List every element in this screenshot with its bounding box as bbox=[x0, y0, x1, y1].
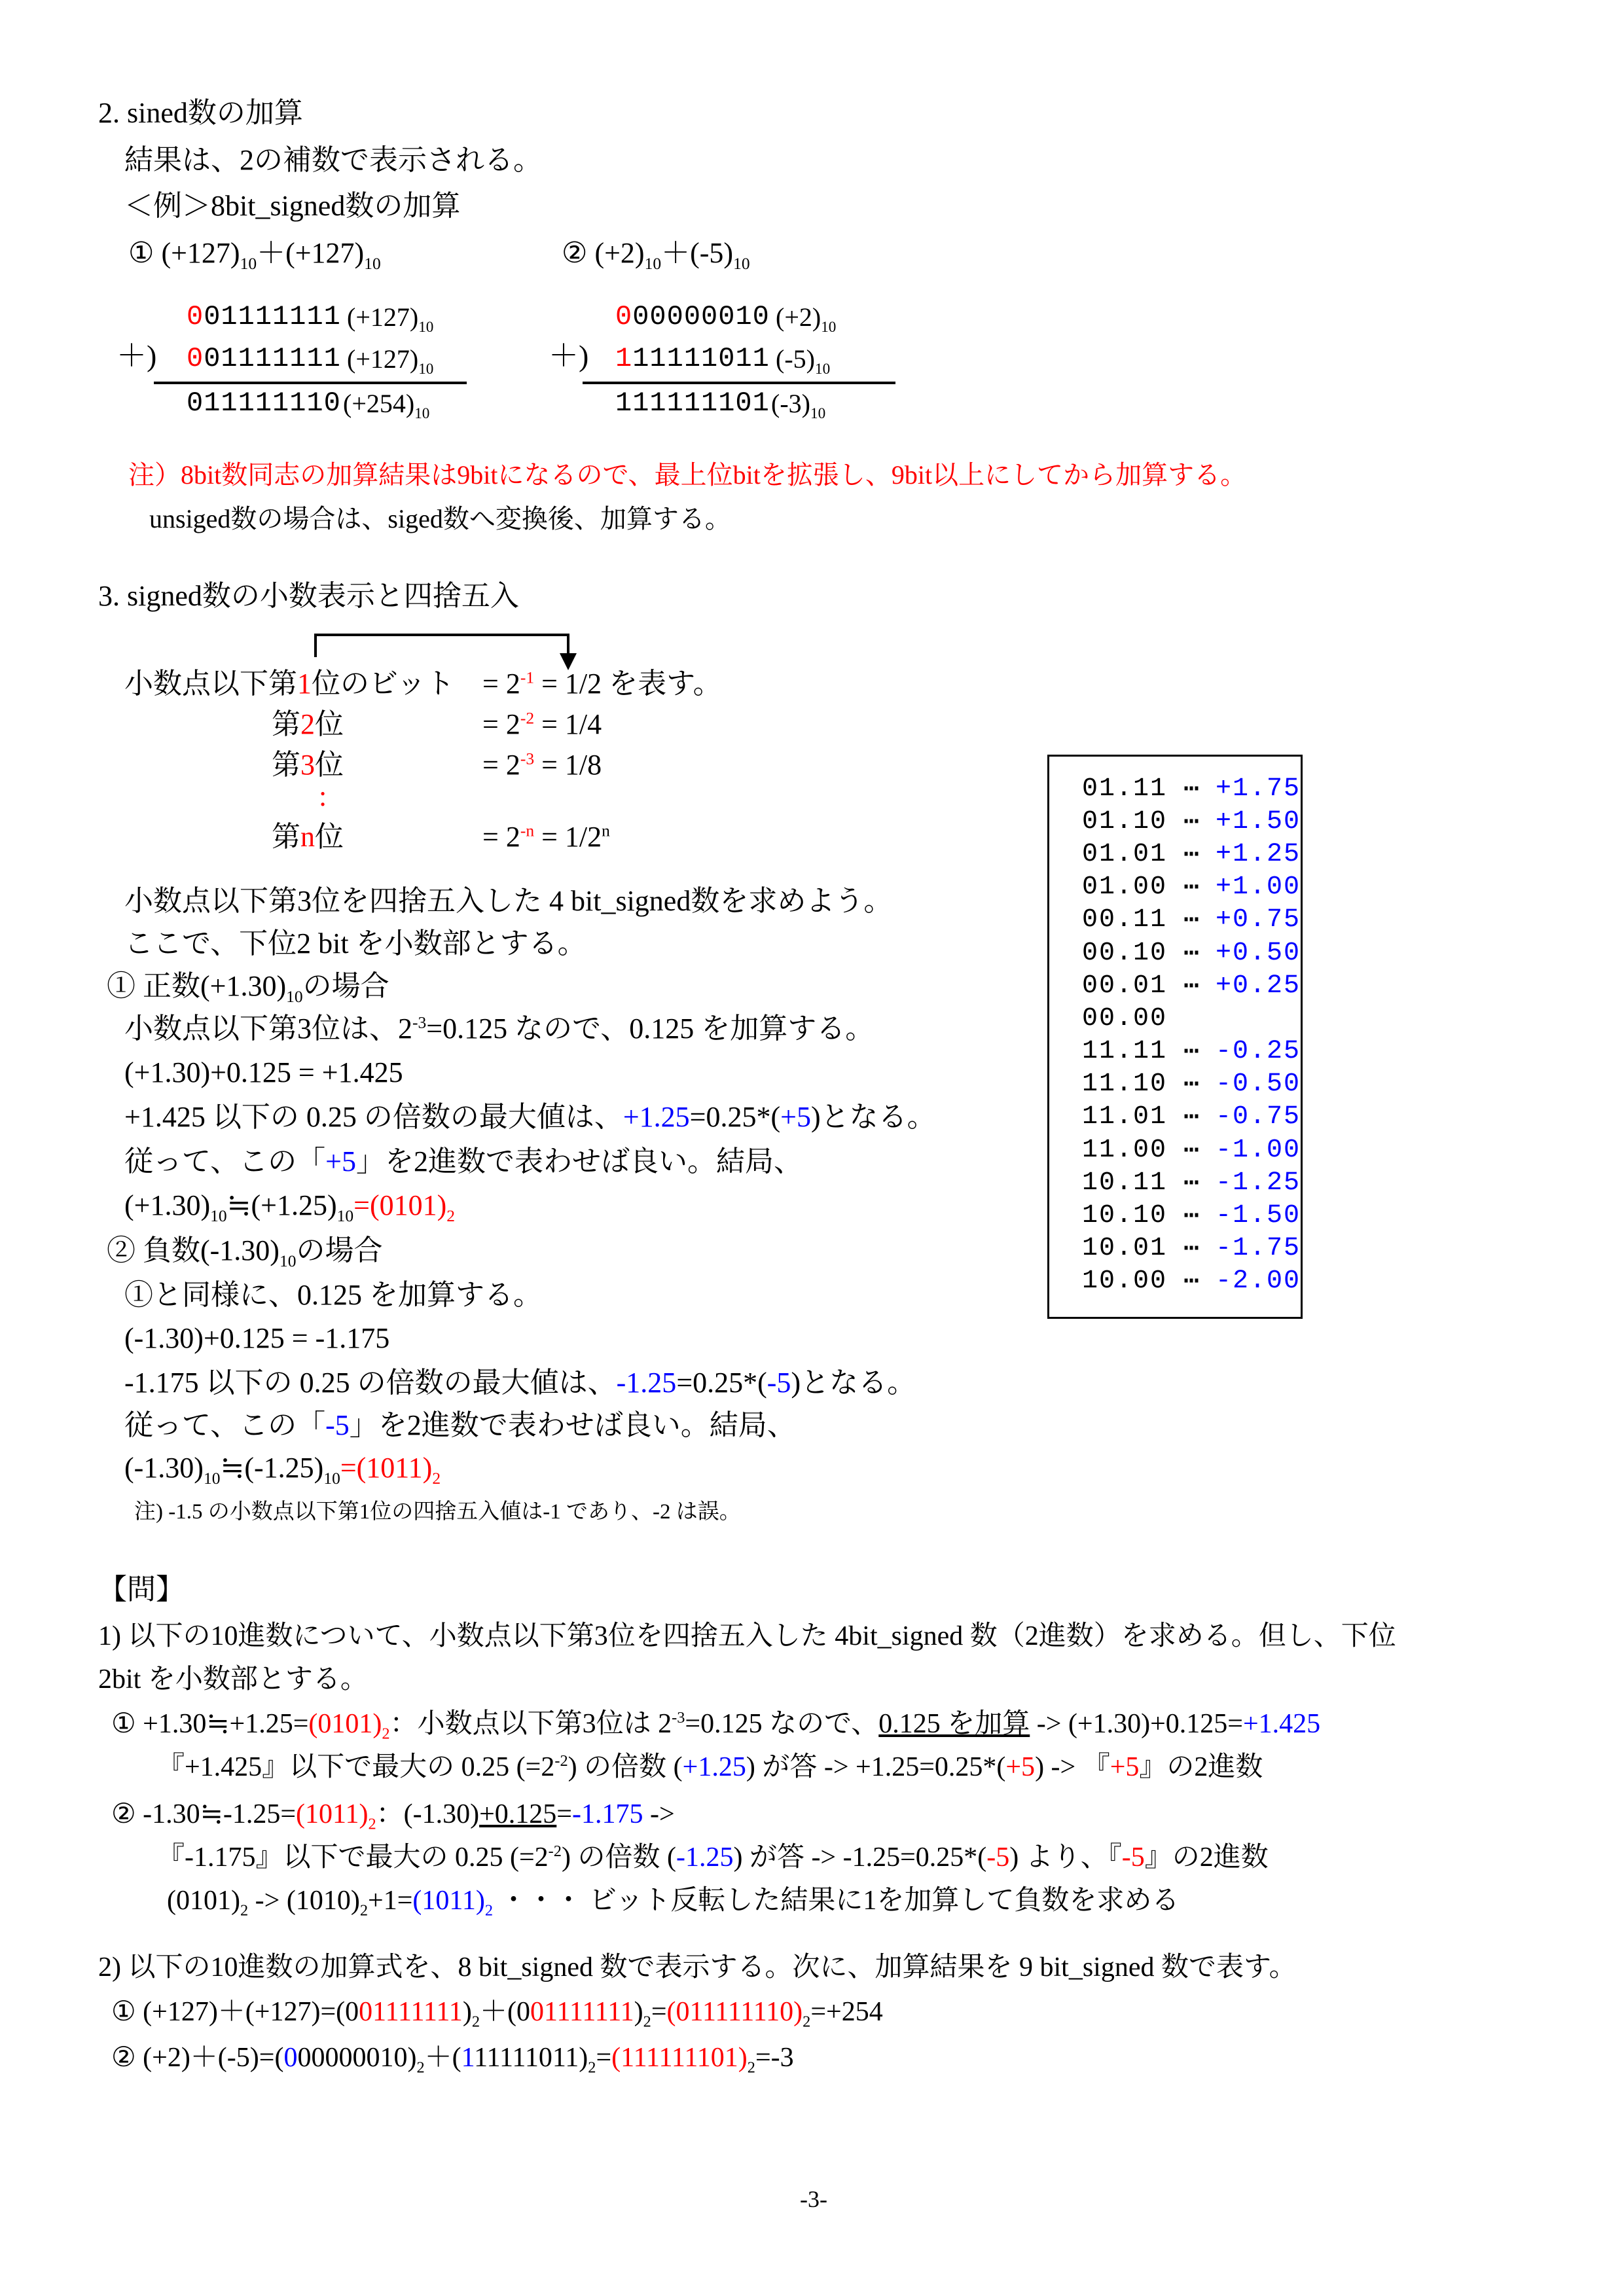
dots-separator: ⋯ bbox=[1167, 1035, 1216, 1067]
dots-separator: ⋯ bbox=[1167, 806, 1216, 838]
pointer-arrow-left-tick bbox=[314, 634, 317, 657]
document-page: 2. sined数の加算 結果は、2の補数で表示される。 ＜例＞8bit_sig… bbox=[0, 0, 1624, 2296]
body-line2: ここで、下位2 bit を小数部とする。 bbox=[124, 927, 586, 961]
binary-cell: 10.10 bbox=[1082, 1201, 1167, 1230]
case1-heading: ① 正数(+1.30)10の場合 bbox=[107, 970, 389, 1003]
rounding-note: 注) -1.5 の小数点以下第1位の四捨五入値は-1 であり、-2 は誤。 bbox=[134, 1500, 741, 1525]
ellipsis-colon: : bbox=[319, 780, 327, 814]
problem1-item1-cont: 『+1.425』以下で最大の 0.25 (=2-2) の倍数 (+1.25) が… bbox=[157, 1751, 1263, 1783]
table-row: 11.01⋯-0.75 bbox=[1082, 1101, 1301, 1134]
example2-expression: ② (+2)10＋(-5)10 bbox=[562, 237, 750, 270]
bit-row3-label: 第3位 bbox=[272, 749, 344, 782]
problem1-item2-cont: 『-1.175』以下で最大の 0.25 (=2-2) の倍数 (-1.25) が… bbox=[157, 1842, 1269, 1873]
binary-cell: 10.01 bbox=[1082, 1234, 1167, 1263]
sum-rule-right bbox=[583, 382, 895, 384]
problem1-item2-note: (0101)2 -> (1010)2+1=(1011)2 ・・・ ビット反転した… bbox=[167, 1885, 1179, 1916]
dots-separator: ⋯ bbox=[1167, 904, 1216, 936]
decimal-value-cell: -1.00 bbox=[1216, 1136, 1301, 1165]
bit-row1-label: 小数点以下第1位のビット bbox=[124, 668, 454, 701]
dots-separator: ⋯ bbox=[1167, 1068, 1216, 1100]
problem2-item2: ② (+2)＋(-5)=(000000010)2＋(111111011)2=(1… bbox=[111, 2042, 794, 2073]
table-row: 01.11⋯+1.75 bbox=[1082, 772, 1301, 805]
unsigned-note: unsiged数の場合は、siged数へ変換後、加算する。 bbox=[149, 504, 731, 534]
annotation-result-left: (+254)10 bbox=[343, 389, 429, 419]
binary-operand2-right: 111111011 bbox=[615, 343, 770, 374]
table-row: 11.00⋯-1.00 bbox=[1082, 1134, 1301, 1166]
dots-separator: ⋯ bbox=[1167, 871, 1216, 903]
table-row: 10.01⋯-1.75 bbox=[1082, 1232, 1301, 1265]
warning-note: 注）8bit数同志の加算結果は9bitになるので、最上位bitを拡張し、9bit… bbox=[128, 460, 1246, 490]
case1-result: (+1.30)10≒(+1.25)10=(0101)2 bbox=[124, 1189, 455, 1223]
decimal-value-cell: +1.75 bbox=[1216, 774, 1301, 804]
binary-cell: 10.11 bbox=[1082, 1168, 1167, 1198]
case1-line3: +1.425 以下の 0.25 の倍数の最大値は、+1.25=0.25*(+5)… bbox=[124, 1101, 936, 1134]
binary-operand1-right: 000000010 bbox=[615, 301, 770, 332]
problem1-item2: ② -1.30≒-1.25=(1011)2：(-1.30)+0.125=-1.1… bbox=[111, 1799, 675, 1830]
table-row: 10.00⋯-2.00 bbox=[1082, 1265, 1301, 1298]
dots-separator: ⋯ bbox=[1167, 1101, 1216, 1133]
binary-result-left: 011111110 bbox=[187, 387, 341, 419]
bit-row1-equation: = 2-1 = 1/2 を表す。 bbox=[482, 668, 722, 701]
bit-row2-label: 第2位 bbox=[272, 708, 344, 742]
example1-expression: ① (+127)10＋(+127)10 bbox=[128, 237, 381, 270]
problem1-line1: 1) 以下の10進数について、小数点以下第3位を四捨五入した 4bit_sign… bbox=[98, 1621, 1396, 1652]
binary-cell: 11.10 bbox=[1082, 1069, 1167, 1099]
binary-cell: 01.01 bbox=[1082, 840, 1167, 869]
dots-separator: ⋯ bbox=[1167, 1232, 1216, 1265]
table-row: 10.10⋯-1.50 bbox=[1082, 1199, 1301, 1232]
case1-line2: (+1.30)+0.125 = +1.425 bbox=[124, 1056, 403, 1090]
bit-row4-equation: = 2-n = 1/2n bbox=[482, 821, 610, 854]
dots-separator: ⋯ bbox=[1167, 970, 1216, 1002]
case2-result: (-1.30)10≒(-1.25)10=(1011)2 bbox=[124, 1452, 441, 1485]
case2-line1: ①と同様に、0.125 を加算する。 bbox=[124, 1279, 542, 1312]
table-row: 01.10⋯+1.50 bbox=[1082, 805, 1301, 838]
annotation-operand1-left: (+127)10 bbox=[347, 302, 433, 332]
table-row: 00.10⋯+0.50 bbox=[1082, 937, 1301, 969]
case2-line2: (-1.30)+0.125 = -1.175 bbox=[124, 1322, 389, 1355]
body-line1: 小数点以下第3位を四捨五入した 4 bit_signed数を求めよう。 bbox=[124, 885, 892, 918]
bit-row2-equation: = 2-2 = 1/4 bbox=[482, 708, 602, 742]
binary-cell: 01.10 bbox=[1082, 807, 1167, 836]
table-row: 01.00⋯+1.00 bbox=[1082, 871, 1301, 904]
plus-operator-left: ＋) bbox=[117, 339, 156, 374]
case2-line3: -1.175 以下の 0.25 の倍数の最大値は、-1.25=0.25*(-5)… bbox=[124, 1367, 916, 1400]
bit-row4-label: 第n位 bbox=[272, 821, 344, 854]
section2-heading: 2. sined数の加算 bbox=[98, 97, 303, 130]
dots-separator: ⋯ bbox=[1167, 1265, 1216, 1297]
binary-cell: 00.11 bbox=[1082, 905, 1167, 935]
page-number: -3- bbox=[800, 2186, 827, 2213]
decimal-value-cell: -1.25 bbox=[1216, 1168, 1301, 1198]
binary-cell: 01.00 bbox=[1082, 872, 1167, 902]
binary-cell: 01.11 bbox=[1082, 774, 1167, 804]
binary-cell: 11.01 bbox=[1082, 1102, 1167, 1132]
binary-cell: 11.11 bbox=[1082, 1037, 1167, 1066]
problem2-item1: ① (+127)＋(+127)=(001111111)2＋(001111111)… bbox=[111, 1996, 883, 2028]
binary-result-right: 111111101 bbox=[615, 387, 770, 419]
table-row: 11.11⋯-0.25 bbox=[1082, 1035, 1301, 1068]
case1-line4: 従って、この「+5」を2進数で表わせば良い。結局、 bbox=[124, 1145, 803, 1179]
decimal-value-cell: +1.25 bbox=[1216, 840, 1301, 869]
table-row: 01.01⋯+1.25 bbox=[1082, 838, 1301, 870]
decimal-value-cell: -1.75 bbox=[1216, 1234, 1301, 1263]
annotation-operand1-right: (+2)10 bbox=[776, 302, 836, 332]
binary-cell: 11.00 bbox=[1082, 1136, 1167, 1165]
case2-line4: 従って、この「-5」を2進数で表わせば良い。結局、 bbox=[124, 1409, 796, 1443]
dots-separator: ⋯ bbox=[1167, 1200, 1216, 1232]
plus-operator-right: ＋) bbox=[549, 339, 588, 374]
pointer-arrow-right-stem bbox=[567, 634, 569, 655]
case1-line1: 小数点以下第3位は、2-3=0.125 なので、0.125 を加算する。 bbox=[124, 1013, 874, 1046]
annotation-operand2-right: (-5)10 bbox=[776, 344, 830, 374]
problem1-item1: ① +1.30≒+1.25=(0101)2：小数点以下第3位は 2-3=0.12… bbox=[111, 1708, 1320, 1740]
section3-heading: 3. signed数の小数表示と四捨五入 bbox=[98, 580, 519, 613]
dots-separator: ⋯ bbox=[1167, 838, 1216, 870]
case2-heading: ② 負数(-1.30)10の場合 bbox=[107, 1234, 382, 1268]
decimal-value-cell: +1.50 bbox=[1216, 807, 1301, 836]
table-row: 11.10⋯-0.50 bbox=[1082, 1068, 1301, 1101]
annotation-operand2-left: (+127)10 bbox=[347, 344, 433, 374]
binary-cell: 10.00 bbox=[1082, 1266, 1167, 1296]
section2-line2: ＜例＞8bit_signed数の加算 bbox=[124, 190, 460, 223]
dots-separator: ⋯ bbox=[1167, 1134, 1216, 1166]
decimal-value-cell: -1.50 bbox=[1216, 1201, 1301, 1230]
bit-row3-equation: = 2-3 = 1/8 bbox=[482, 749, 602, 782]
decimal-value-cell: -2.00 bbox=[1216, 1266, 1301, 1296]
annotation-result-right: (-3)10 bbox=[771, 389, 825, 419]
conversion-table: 01.11⋯+1.7501.10⋯+1.5001.01⋯+1.2501.00⋯+… bbox=[1047, 755, 1303, 1319]
binary-cell: 00.01 bbox=[1082, 971, 1167, 1001]
dots-separator: ⋯ bbox=[1167, 1167, 1216, 1199]
decimal-value-cell: +0.25 bbox=[1216, 971, 1301, 1001]
table-row: 00.00 bbox=[1082, 1002, 1301, 1035]
table-row: 00.11⋯+0.75 bbox=[1082, 904, 1301, 937]
dots-separator: ⋯ bbox=[1167, 773, 1216, 805]
binary-cell: 00.10 bbox=[1082, 939, 1167, 968]
decimal-value-cell: +0.75 bbox=[1216, 905, 1301, 935]
binary-cell: 00.00 bbox=[1082, 1004, 1175, 1033]
problem1-line2: 2bit を小数部とする。 bbox=[98, 1664, 368, 1695]
binary-operand1-left: 001111111 bbox=[187, 301, 341, 332]
decimal-value-cell: -0.75 bbox=[1216, 1102, 1301, 1132]
decimal-value-cell: +1.00 bbox=[1216, 872, 1301, 902]
table-row: 00.01⋯+0.25 bbox=[1082, 969, 1301, 1002]
sum-rule-left bbox=[154, 382, 467, 384]
problems-title: 【問】 bbox=[98, 1573, 185, 1607]
decimal-value-cell: -0.25 bbox=[1216, 1037, 1301, 1066]
table-row: 10.11⋯-1.25 bbox=[1082, 1166, 1301, 1199]
decimal-value-cell: -0.50 bbox=[1216, 1069, 1301, 1099]
dots-separator: ⋯ bbox=[1167, 937, 1216, 969]
binary-operand2-left: 001111111 bbox=[187, 343, 341, 374]
problem2-line1: 2) 以下の10進数の加算式を、8 bit_signed 数で表示する。次に、加… bbox=[98, 1952, 1297, 1983]
pointer-arrow-horizontal bbox=[314, 634, 569, 636]
decimal-value-cell: +0.50 bbox=[1216, 939, 1301, 968]
section2-line1: 結果は、2の補数で表示される。 bbox=[124, 144, 542, 177]
